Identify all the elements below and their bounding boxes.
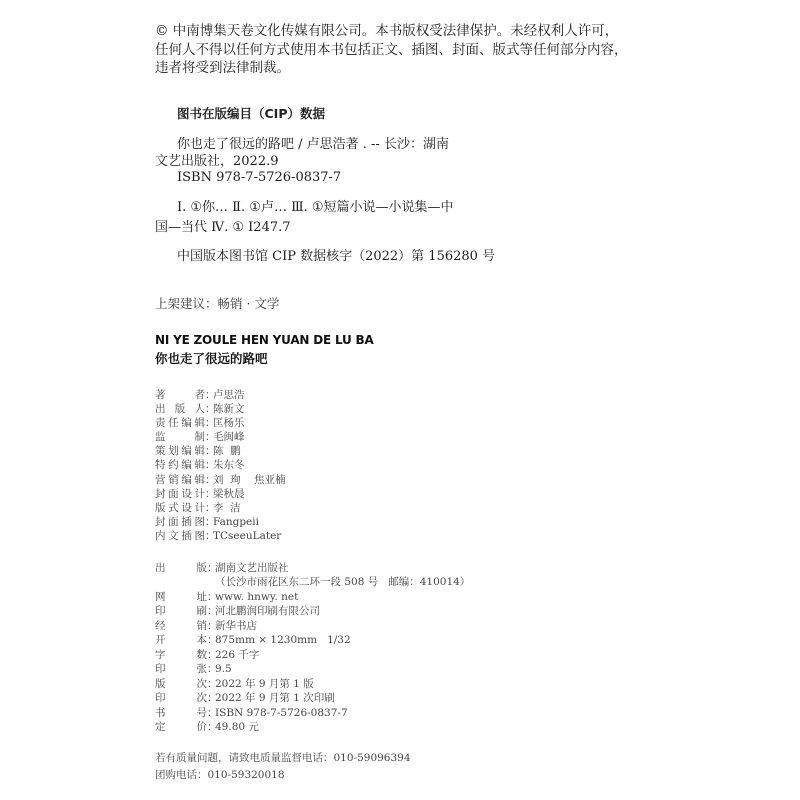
shelf-suggestion: 上架建议：畅销 · 文学: [155, 294, 279, 312]
imprint-row: 印张：9.5: [155, 662, 470, 676]
imprint-value: www. hnwy. net: [215, 590, 298, 604]
credit-row: 内文插图：TCseeuLater: [155, 529, 286, 543]
imprint-row: 开本：875mm × 1230mm 1/32: [155, 633, 470, 647]
imprint-address: （长沙市雨花区东二环一段 508 号 邮编：410014）: [155, 575, 470, 589]
cip-class-line: 国—当代 Ⅳ. ① I247.7: [155, 218, 454, 238]
imprint-row: 网址：www. hnwy. net: [155, 590, 470, 604]
imprint-row-publisher: 出版：湖南文艺出版社: [155, 561, 470, 575]
imprint-value: 2022 年 9 月第 1 次印刷: [215, 691, 335, 705]
imprint-label: 书号: [155, 706, 207, 720]
credit-label: 策划编辑: [155, 444, 205, 458]
credit-value: 陈新文: [213, 402, 245, 416]
credit-value: 梁秋晨: [213, 487, 245, 501]
credit-row: 著者：卢思浩: [155, 388, 286, 402]
credit-row: 责任编辑：匡杨乐: [155, 416, 286, 430]
imprint-row: 定价：49.80 元: [155, 720, 470, 734]
credit-value: 朱东冬: [213, 458, 245, 472]
imprint-value: 9.5: [215, 662, 232, 676]
credit-row: 出版人：陈新文: [155, 402, 286, 416]
imprint-row: 版次：2022 年 9 月第 1 版: [155, 677, 470, 691]
credit-value: Fangpeii: [213, 515, 259, 529]
imprint-label: 字数: [155, 648, 207, 662]
credit-value: 毛闽峰: [213, 430, 245, 444]
imprint-row: 书号：ISBN 978-7-5726-0837-7: [155, 706, 470, 720]
copyright-line: 任何人不得以任何方式使用本书包括正文、插图、封面、版式等任何部分内容，: [155, 41, 628, 60]
credit-label: 封面设计: [155, 487, 205, 501]
credit-label: 出版人: [155, 402, 205, 416]
cip-class-line: Ⅰ. ①你… Ⅱ. ①卢… Ⅲ. ①短篇小说—小说集—中: [155, 198, 454, 218]
title-chinese: 你也走了很远的路吧: [155, 349, 268, 367]
quality-hotline: 若有质量问题，请致电质量监督电话：010-59096394: [155, 750, 411, 767]
cip-isbn: ISBN 978-7-5726-0837-7: [155, 170, 449, 187]
imprint-label: 印次: [155, 691, 207, 705]
cip-data-number: 中国版本图书馆 CIP 数据核字（2022）第 156280 号: [177, 245, 495, 264]
title-pinyin: NI YE ZOULE HEN YUAN DE LU BA: [155, 333, 374, 347]
credit-label: 著者: [155, 388, 205, 402]
imprint-label: 出版: [155, 561, 207, 575]
copyright-page: © 中南博集天卷文化传媒有限公司。本书版权受法律保护。未经权利人许可， 任何人不…: [0, 0, 800, 800]
cip-entry: 你也走了很远的路吧 / 卢思浩著 . -- 长沙：湖南 文艺出版社，2022.9…: [155, 137, 449, 187]
imprint-value: 新华书店: [215, 619, 257, 633]
imprint-value: ISBN 978-7-5726-0837-7: [215, 706, 348, 720]
credit-label: 版式设计: [155, 501, 205, 515]
imprint-row: 字数：226 千字: [155, 648, 470, 662]
credit-value: 李 洁: [213, 501, 241, 515]
credit-value: 匡杨乐: [213, 416, 245, 430]
credit-value: 刘 珣 焦亚楠: [213, 473, 286, 487]
imprint-label: 版次: [155, 677, 207, 691]
imprint-value: 湖南文艺出版社: [215, 561, 289, 575]
copyright-line: 违者将受到法律制裁。: [155, 59, 628, 78]
cip-entry-line: 文艺出版社，2022.9: [155, 154, 449, 171]
credit-label: 监制: [155, 430, 205, 444]
imprint-label: 开本: [155, 633, 207, 647]
cip-heading: 图书在版编目（CIP）数据: [177, 104, 325, 122]
credit-row: 营销编辑：刘 珣 焦亚楠: [155, 473, 286, 487]
imprint-row: 印次：2022 年 9 月第 1 次印刷: [155, 691, 470, 705]
contact-info: 若有质量问题，请致电质量监督电话：010-59096394 团购电话：010-5…: [155, 750, 411, 784]
credit-label: 责任编辑: [155, 416, 205, 430]
credit-row: 封面设计：梁秋晨: [155, 487, 286, 501]
imprint-row: 经销：新华书店: [155, 619, 470, 633]
credit-row: 特约编辑：朱东冬: [155, 458, 286, 472]
cip-classification: Ⅰ. ①你… Ⅱ. ①卢… Ⅲ. ①短篇小说—小说集—中 国—当代 Ⅳ. ① I…: [155, 198, 454, 238]
imprint-list: 出版：湖南文艺出版社 （长沙市雨花区东二环一段 508 号 邮编：410014）…: [155, 561, 470, 734]
credit-value: TCseeuLater: [213, 529, 281, 543]
imprint-label: 网址: [155, 590, 207, 604]
imprint-value: 河北鹏润印刷有限公司: [215, 604, 320, 618]
copyright-notice: © 中南博集天卷文化传媒有限公司。本书版权受法律保护。未经权利人许可， 任何人不…: [155, 22, 628, 78]
copyright-line: © 中南博集天卷文化传媒有限公司。本书版权受法律保护。未经权利人许可，: [155, 22, 628, 41]
credit-row: 策划编辑：陈 鹏: [155, 444, 286, 458]
credit-label: 营销编辑: [155, 473, 205, 487]
imprint-value: 875mm × 1230mm 1/32: [215, 633, 351, 647]
imprint-label: 定价: [155, 720, 207, 734]
imprint-row: 印刷：河北鹏润印刷有限公司: [155, 604, 470, 618]
credit-row: 监制：毛闽峰: [155, 430, 286, 444]
credit-label: 封面插图: [155, 515, 205, 529]
credit-row: 封面插图：Fangpeii: [155, 515, 286, 529]
imprint-label: 印刷: [155, 604, 207, 618]
imprint-value: 226 千字: [215, 648, 259, 662]
imprint-value: 49.80 元: [215, 720, 259, 734]
credits-list: 著者：卢思浩 出版人：陈新文 责任编辑：匡杨乐 监制：毛闽峰 策划编辑：陈 鹏 …: [155, 388, 286, 543]
credit-value: 卢思浩: [213, 388, 245, 402]
imprint-value: 2022 年 9 月第 1 版: [215, 677, 314, 691]
imprint-label: 印张: [155, 662, 207, 676]
imprint-label: 经销: [155, 619, 207, 633]
credit-row: 版式设计：李 洁: [155, 501, 286, 515]
cip-entry-line: 你也走了很远的路吧 / 卢思浩著 . -- 长沙：湖南: [155, 137, 449, 154]
group-purchase-phone: 团购电话：010-59320018: [155, 767, 411, 784]
credit-label: 特约编辑: [155, 458, 205, 472]
publisher-address: （长沙市雨花区东二环一段 508 号 邮编：410014）: [215, 575, 470, 589]
credit-label: 内文插图: [155, 529, 205, 543]
credit-value: 陈 鹏: [213, 444, 241, 458]
